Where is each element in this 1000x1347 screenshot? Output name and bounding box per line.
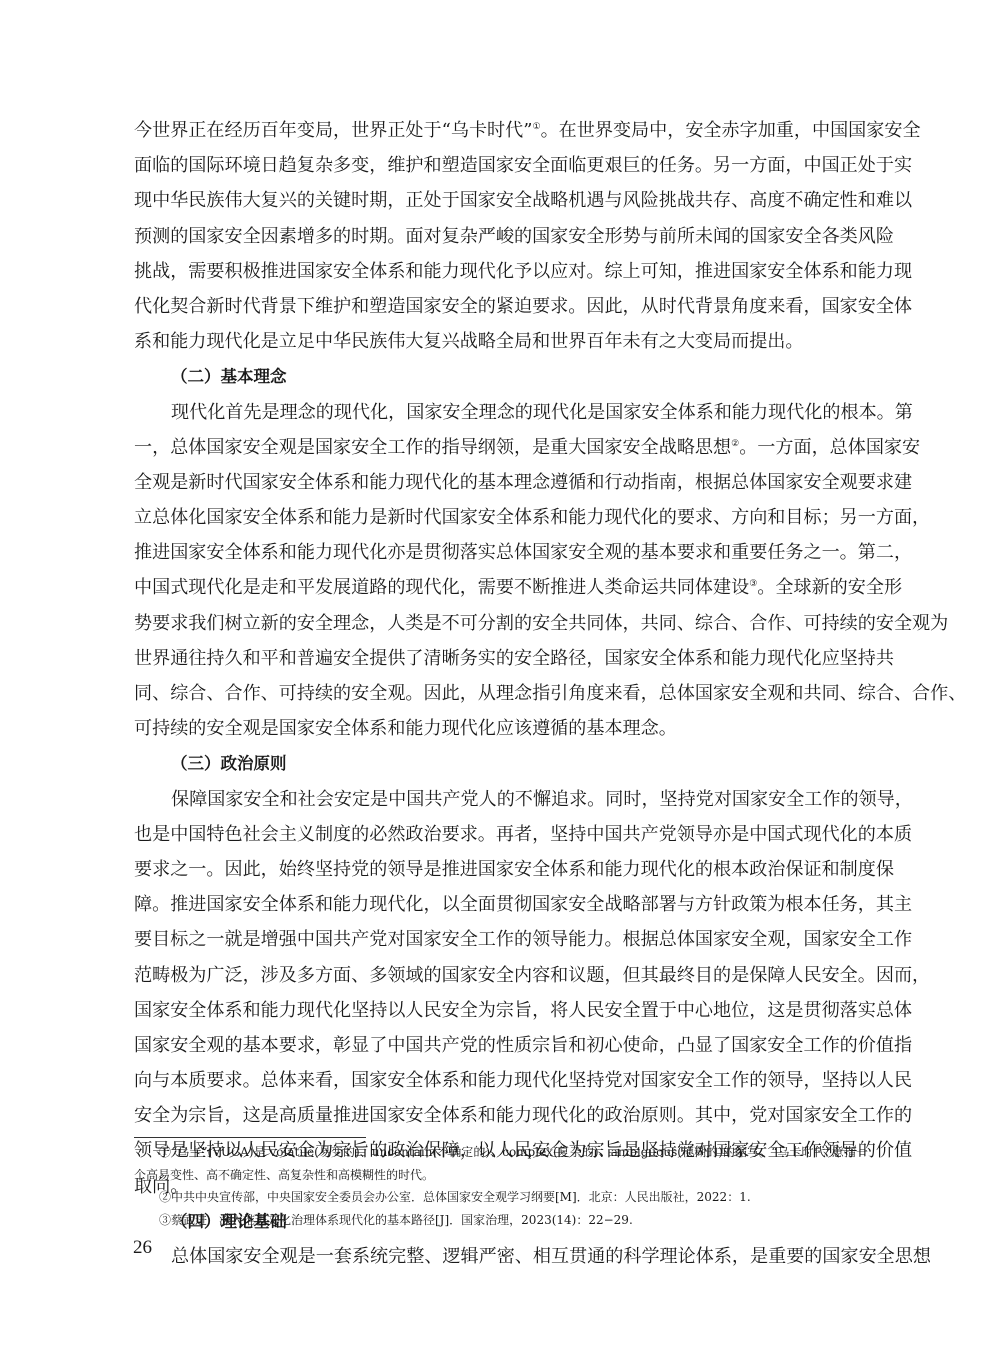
body-line: 现中华民族伟大复兴的关键时期，正处于国家安全战略机遇与风险挑战共存、高度不确定性…: [134, 183, 868, 218]
footnote-divider: [134, 1137, 366, 1138]
body-line: 现代化首先是理念的现代化，国家安全理念的现代化是国家安全体系和能力现代化的根本。…: [134, 395, 868, 430]
body-line: 今世界正在经历百年变局，世界正处于“乌卡时代”①。在世界变局中，安全赤字加重，中…: [134, 113, 868, 148]
page-number: 26: [133, 1237, 152, 1259]
body-line: 要目标之一就是增强中国共产党对国家安全工作的领导能力。根据总体国家安全观，国家安…: [134, 922, 868, 957]
body-line: 向与本质要求。总体来看，国家安全体系和能力现代化坚持党对国家安全工作的领导，坚持…: [134, 1063, 868, 1098]
body-line: 预测的国家安全因素增多的时期。面对复杂严峻的国家安全形势与前所未闻的国家安全各类…: [134, 219, 868, 254]
body-line: 立总体化国家安全体系和能力是新时代国家安全体系和能力现代化的要求、方向和目标；另…: [134, 500, 868, 535]
body-line: 挑战，需要积极推进国家安全体系和能力现代化予以应对。综上可知，推进国家安全体系和…: [134, 254, 868, 289]
body-line: 势要求我们树立新的安全理念，人类是不可分割的安全共同体，共同、综合、合作、可持续…: [134, 606, 868, 641]
section-heading-political-principles: （三）政治原则: [134, 746, 868, 781]
footnote-2: ②中共中央宣传部，中央国家安全委员会办公室．总体国家安全观学习纲要[M]．北京：…: [134, 1186, 868, 1209]
body-line: 同、综合、合作、可持续的安全观。因此，从理念指引角度来看，总体国家安全观和共同、…: [134, 676, 868, 711]
body-line: 代化契合新时代背景下维护和塑造国家安全的紧迫要求。因此，从时代背景角度来看，国家…: [134, 289, 868, 324]
body-line: 世界通往持久和平和普遍安全提供了清晰务实的安全路径，国家安全体系和能力现代化应坚…: [134, 641, 868, 676]
body-line: 范畴极为广泛，涉及多方面、多领域的国家安全内容和议题，但其最终目的是保障人民安全…: [134, 958, 868, 993]
footnotes: ①“乌卡”(VUCA)是 volatile(易变的)、uncentain(不确定…: [134, 1141, 868, 1231]
footnote-ref-1[interactable]: ①: [532, 122, 540, 132]
body-line: 中国式现代化是走和平发展道路的现代化，需要不断推进人类命运共同体建设③。全球新的…: [134, 570, 868, 605]
body-line: 总体国家安全观是一套系统完整、逻辑严密、相互贯通的科学理论体系，是重要的国家安全…: [134, 1239, 868, 1274]
footnote-1: ①“乌卡”(VUCA)是 volatile(易变的)、uncentain(不确定…: [134, 1141, 868, 1164]
body-line: 障。推进国家安全体系和能力现代化，以全面贯彻国家安全战略部署与方针政策为根本任务…: [134, 887, 868, 922]
body-line: 系和能力现代化是立足中华民族伟大复兴战略全局和世界百年未有之大变局而提出。: [134, 324, 868, 359]
body-line: 安全为宗旨，这是高质量推进国家安全体系和能力现代化的政治原则。其中，党对国家安全…: [134, 1098, 868, 1133]
body-line: 推进国家安全体系和能力现代化亦是贯彻落实总体国家安全观的基本要求和重要任务之一。…: [134, 535, 868, 570]
footnote-3: ③蔡武进．深入推进文化治理体系现代化的基本路径[J]．国家治理，2023(14)…: [134, 1209, 868, 1232]
body-line: 面临的国际环境日趋复杂多变，维护和塑造国家安全面临更艰巨的任务。另一方面，中国正…: [134, 148, 868, 183]
body-line: 一，总体国家安全观是国家安全工作的指导纲领，是重大国家安全战略思想②。一方面，总…: [134, 430, 868, 465]
article-body: 今世界正在经历百年变局，世界正处于“乌卡时代”①。在世界变局中，安全赤字加重，中…: [134, 113, 868, 1274]
section-heading-basic-concepts: （二）基本理念: [134, 359, 868, 394]
body-line: 也是中国特色社会主义制度的必然政治要求。再者，坚持中国共产党领导亦是中国式现代化…: [134, 817, 868, 852]
body-line: 要求之一。因此，始终坚持党的领导是推进国家安全体系和能力现代化的根本政治保证和制…: [134, 852, 868, 887]
body-line: 保障国家安全和社会安定是中国共产党人的不懈追求。同时，坚持党对国家安全工作的领导…: [134, 782, 868, 817]
body-line: 可持续的安全观是国家安全体系和能力现代化应该遵循的基本理念。: [134, 711, 868, 746]
body-line: 国家安全观的基本要求，彰显了中国共产党的性质宗旨和初心使命，凸显了国家安全工作的…: [134, 1028, 868, 1063]
body-line: 国家安全体系和能力现代化坚持以人民安全为宗旨，将人民安全置于中心地位，这是贯彻落…: [134, 993, 868, 1028]
body-line: 全观是新时代国家安全体系和能力现代化的基本理念遵循和行动指南，根据总体国家安全观…: [134, 465, 868, 500]
footnote-1-continued: 个高易变性、高不确定性、高复杂性和高模糊性的时代。: [134, 1164, 868, 1187]
footnote-ref-2[interactable]: ②: [731, 439, 739, 449]
